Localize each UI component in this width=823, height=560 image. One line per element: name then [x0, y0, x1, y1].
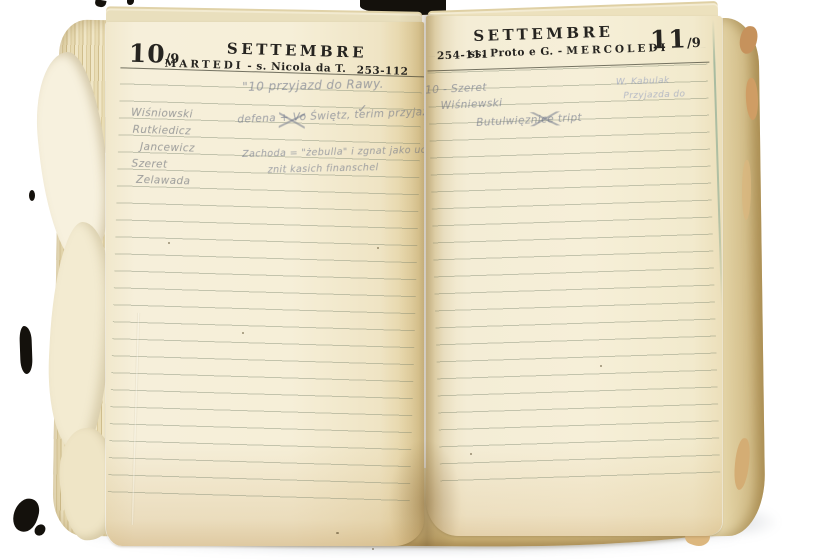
paper-speck: [168, 242, 170, 244]
paper-speck: [600, 365, 602, 367]
spine-black-tick: [94, 0, 106, 8]
page-left-content: 10/9 SETTEMBRE MARTEDI - s. Nicola da T.…: [106, 22, 424, 546]
handwritten-name: Szeret: [131, 158, 167, 171]
handwritten-name: Zelawada: [136, 174, 191, 188]
paper-speck: [377, 247, 379, 249]
diary-photo: 10/9 SETTEMBRE MARTEDI - s. Nicola da T.…: [0, 0, 823, 560]
handwriting-note: Przyjazda do: [623, 89, 685, 101]
day-number-value: 10: [128, 39, 166, 69]
paper-speck: [470, 453, 472, 455]
paper-speck: [336, 532, 339, 534]
handwritten-name: Jancewicz: [140, 141, 195, 155]
paper-speck: [372, 548, 374, 550]
handwriting-note: W. Kabulak: [616, 76, 670, 88]
spine-black-tick: [127, 0, 134, 5]
handwritten-name: Wiśniowski: [131, 107, 193, 121]
cover-black-bit: [19, 326, 33, 374]
page-left: 10/9 SETTEMBRE MARTEDI - s. Nicola da T.…: [106, 22, 424, 546]
scribble-cross: [279, 111, 306, 130]
scribble-cross: [529, 111, 561, 126]
day-fraction: /9: [687, 36, 701, 51]
weekday-label: MARTEDI: [164, 58, 243, 72]
cover-black-bit: [29, 190, 35, 201]
handwritten-name: Rutkiedicz: [132, 124, 191, 138]
page-right: SETTEMBRE 11/9 254-111 ss. Proto e G. - …: [426, 16, 722, 536]
paper-speck: [242, 332, 244, 334]
spine-black-patch: [360, 0, 446, 15]
page-right-content: SETTEMBRE 11/9 254-111 ss. Proto e G. - …: [426, 16, 722, 536]
